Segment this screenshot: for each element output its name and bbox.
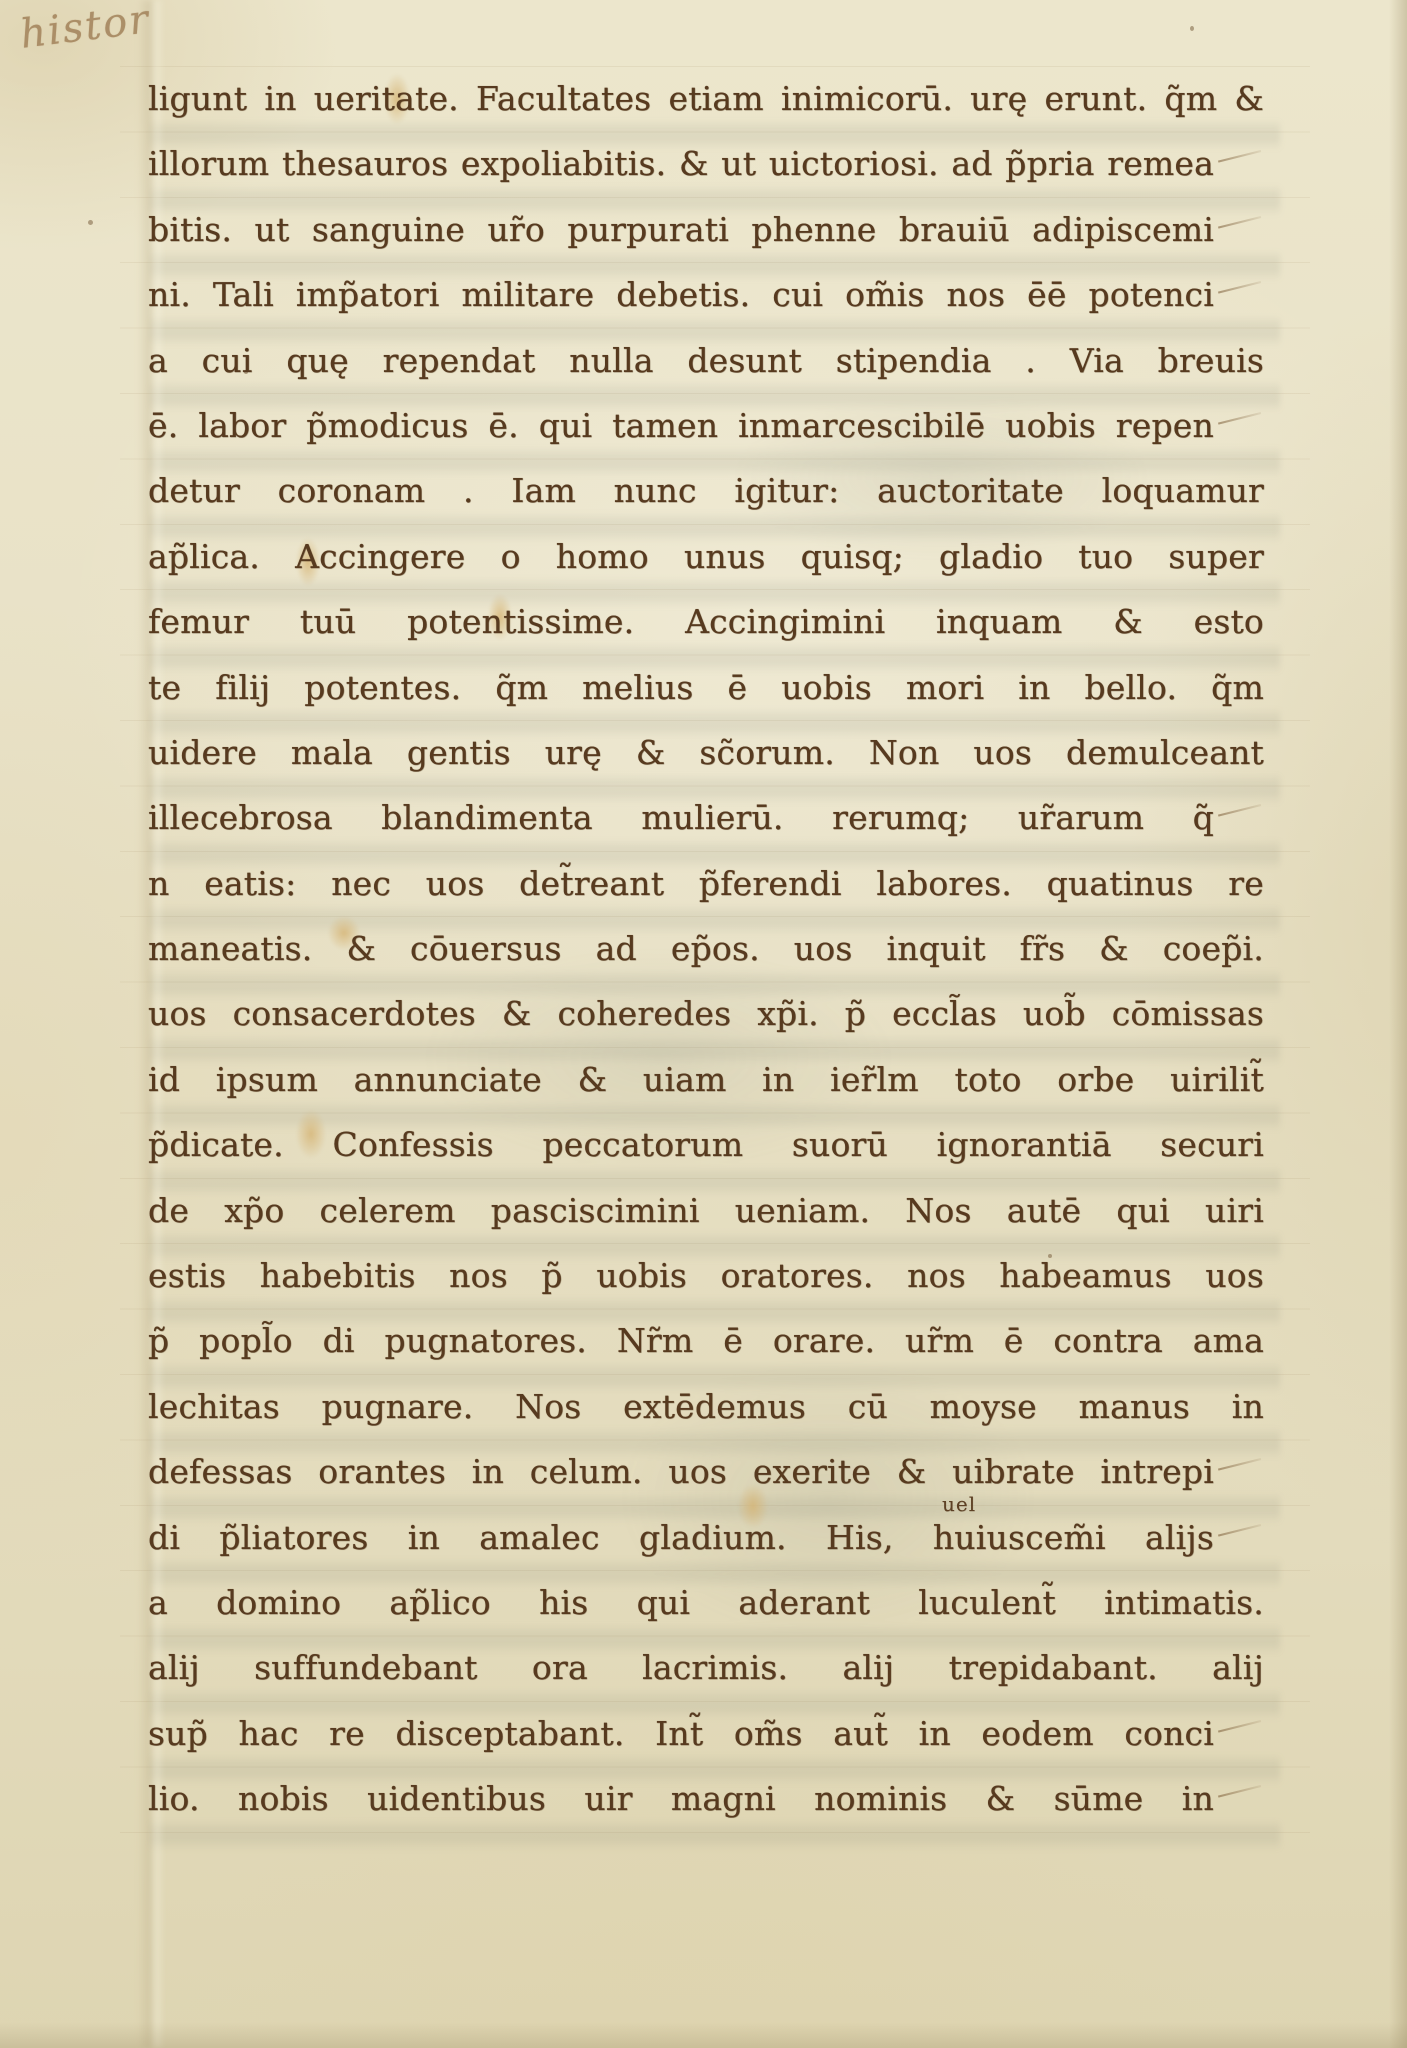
manuscript-line-23: di p̃liatores in amalec gladium. His, hu… — [148, 1505, 1264, 1570]
manuscript-line-13: n eatis: nec uos det̃reant p̃ferendi lab… — [148, 851, 1264, 916]
manuscript-line-14: maneatis. & cōuersus ad ep̃os. uos inqui… — [148, 916, 1264, 981]
manuscript-line-1: ligunt in ueritate. Facultates etiam ini… — [148, 66, 1264, 131]
manuscript-line-18: de xp̃o celerem pasciscimini ueniam. Nos… — [148, 1178, 1264, 1243]
manuscript-page: { "page": { "description": "medieval par… — [0, 0, 1407, 2048]
manuscript-line-27: lio. nobis uidentibus uir magni nominis … — [148, 1766, 1264, 1831]
manuscript-line-25: alij suffundebant ora lacrimis. alij tre… — [148, 1635, 1264, 1700]
manuscript-line-16: id ipsum annunciate & uiam in ier̃lm tot… — [148, 1047, 1264, 1112]
manuscript-line-7: detur coronam . Iam nunc igitur: auctori… — [148, 458, 1264, 523]
manuscript-line-20: p̃ popl̃o di pugnatores. Nr̃m ē orare. u… — [148, 1308, 1264, 1373]
manuscript-line-4: ni. Tali imp̃atori militare debetis. cui… — [148, 262, 1264, 327]
interlinear-gloss: uel — [942, 1492, 976, 1516]
ink-speck — [1190, 26, 1194, 31]
manuscript-line-5: a cui quę rependat nulla desunt stipendi… — [148, 328, 1264, 393]
manuscript-line-6: ē. labor p̃modicus ē. qui tamen inmarces… — [148, 393, 1264, 458]
manuscript-line-22: defessas orantes in celum. uos exerite &… — [148, 1439, 1264, 1504]
manuscript-line-19: estis habebitis nos p̃ uobis oratores. n… — [148, 1243, 1264, 1308]
page-edge-right — [1389, 0, 1407, 2048]
manuscript-line-2: illorum thesauros expoliabitis. & ut uic… — [148, 131, 1264, 196]
ink-speck — [88, 220, 93, 225]
manuscript-line-3: bitis. ut sanguine ur̃o purpurati phenne… — [148, 197, 1264, 262]
manuscript-line-21: lechitas pugnare. Nos extēdemus cū moyse… — [148, 1374, 1264, 1439]
manuscript-text-block: ligunt in ueritate. Facultates etiam ini… — [148, 66, 1264, 1832]
page-edge-bottom — [0, 2022, 1407, 2048]
manuscript-line-12: illecebrosa blandimenta mulierū. rerumq;… — [148, 785, 1264, 850]
manuscript-line-26: sup̃ hac re disceptabant. Int̃ om̃s aut̃… — [148, 1701, 1264, 1766]
manuscript-line-10: te filij potentes. q̃m melius ē uobis mo… — [148, 655, 1264, 720]
manuscript-line-11: uidere mala gentis urę & sc̃orum. Non uo… — [148, 720, 1264, 785]
manuscript-line-9: femur tuū potentissime. Accingimini inqu… — [148, 589, 1264, 654]
manuscript-line-8: ap̃lica. Accingere o homo unus quisq; gl… — [148, 524, 1264, 589]
manuscript-line-24: a domino ap̃lico his qui aderant luculen… — [148, 1570, 1264, 1635]
manuscript-line-15: uos consacerdotes & coheredes xp̃i. p̃ e… — [148, 981, 1264, 1046]
manuscript-line-17: p̃dicate. Confessis peccatorum suorū ign… — [148, 1112, 1264, 1177]
